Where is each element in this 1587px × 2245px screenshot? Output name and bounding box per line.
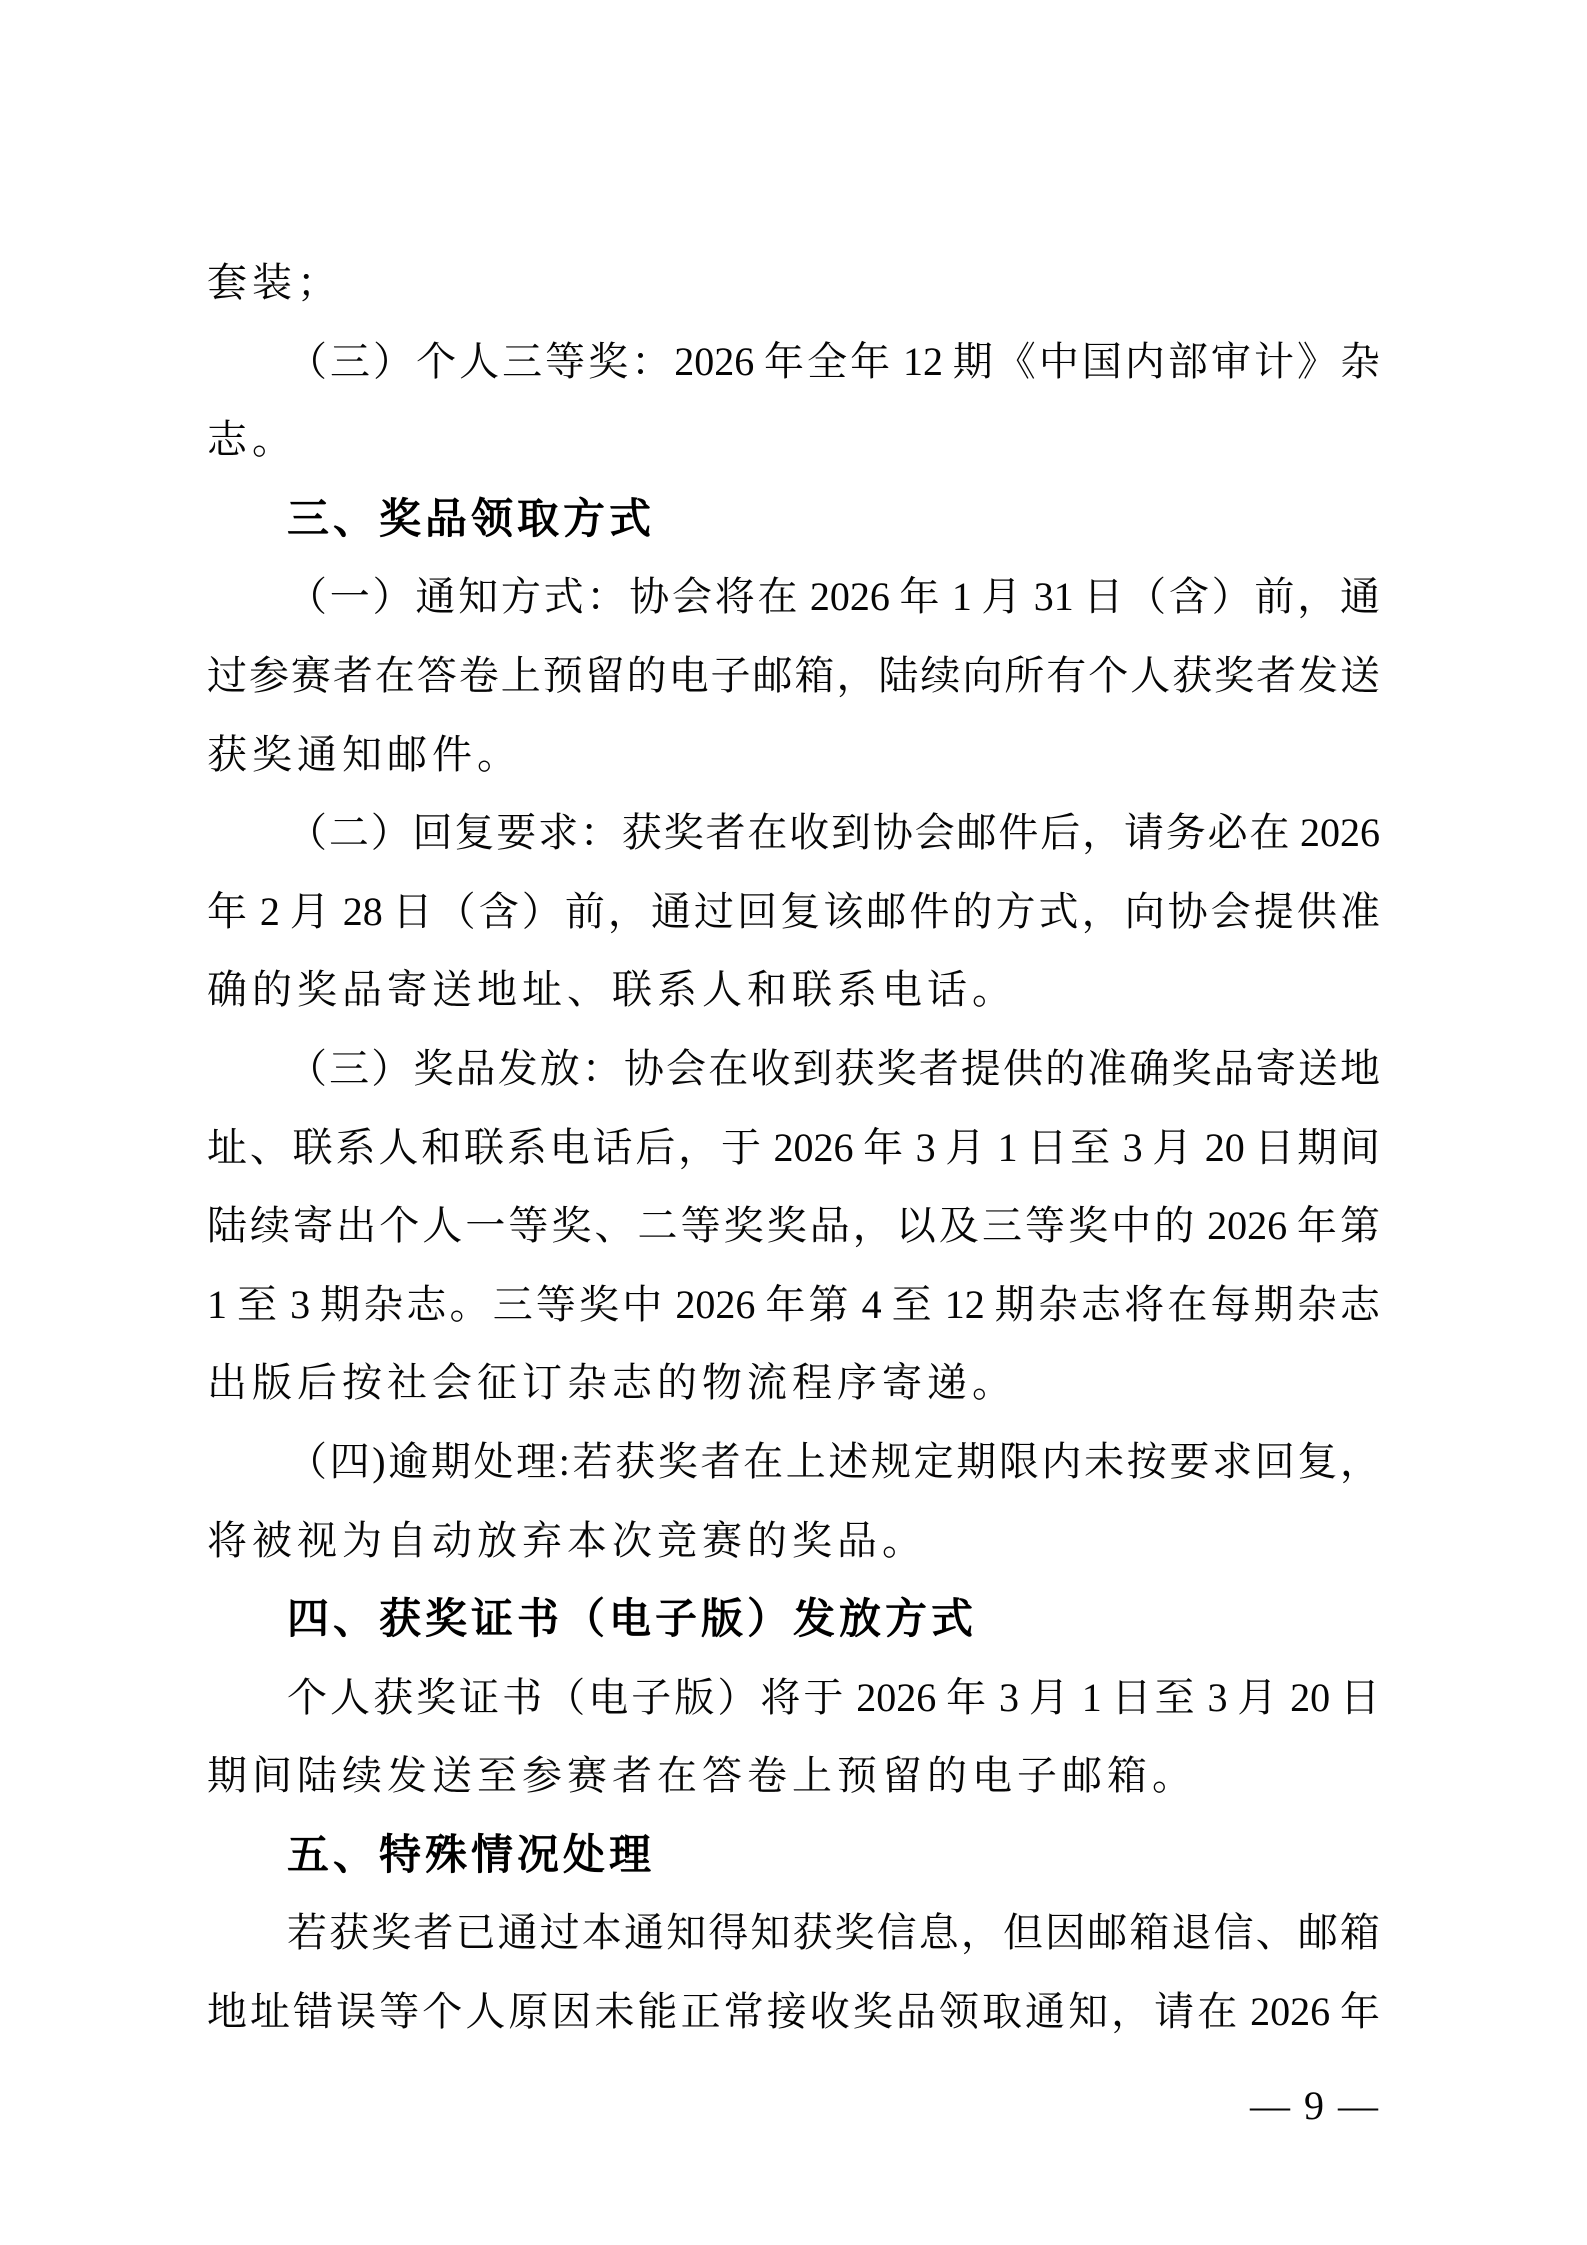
document-page: 套装；（三）个人三等奖：2026 年全年 12 期《中国内部审计》杂志。三、奖品…: [0, 0, 1587, 2245]
text-line: （三）个人三等奖：2026 年全年 12 期《中国内部审计》杂: [207, 323, 1380, 402]
section-heading: 三、奖品领取方式: [207, 480, 1380, 559]
text-line: 志。: [207, 401, 1380, 480]
text-line: 套装；: [207, 244, 1380, 323]
text-line: 期间陆续发送至参赛者在答卷上预留的电子邮箱。: [207, 1737, 1380, 1816]
text-line: 出版后按社会征订杂志的物流程序寄递。: [207, 1344, 1380, 1423]
text-line: 个人获奖证书（电子版）将于 2026 年 3 月 1 日至 3 月 20 日: [207, 1659, 1380, 1738]
text-line: （一）通知方式：协会将在 2026 年 1 月 31 日（含）前，通: [207, 558, 1380, 637]
text-line: 过参赛者在答卷上预留的电子邮箱，陆续向所有个人获奖者发送: [207, 637, 1380, 716]
text-line: 址、联系人和联系电话后，于 2026 年 3 月 1 日至 3 月 20 日期间: [207, 1109, 1380, 1188]
section-heading: 五、特殊情况处理: [207, 1816, 1380, 1895]
text-line: （三）奖品发放：协会在收到获奖者提供的准确奖品寄送地: [207, 1030, 1380, 1109]
text-line: 1 至 3 期杂志。三等奖中 2026 年第 4 至 12 期杂志将在每期杂志: [207, 1266, 1380, 1345]
text-line: （二）回复要求：获奖者在收到协会邮件后，请务必在 2026: [207, 794, 1380, 873]
page-number: — 9 —: [207, 2078, 1380, 2134]
text-line: 陆续寄出个人一等奖、二等奖奖品，以及三等奖中的 2026 年第: [207, 1187, 1380, 1266]
text-line: 获奖通知邮件。: [207, 716, 1380, 795]
text-line: 年 2 月 28 日（含）前，通过回复该邮件的方式，向协会提供准: [207, 873, 1380, 952]
text-line: 若获奖者已通过本通知得知获奖信息，但因邮箱退信、邮箱: [207, 1894, 1380, 1973]
document-lines: 套装；（三）个人三等奖：2026 年全年 12 期《中国内部审计》杂志。三、奖品…: [207, 244, 1380, 2052]
text-line: 确的奖品寄送地址、联系人和联系电话。: [207, 951, 1380, 1030]
text-line: 将被视为自动放弃本次竞赛的奖品。: [207, 1502, 1380, 1581]
text-line: 地址错误等个人原因未能正常接收奖品领取通知，请在 2026 年: [207, 1973, 1380, 2052]
section-heading: 四、获奖证书（电子版）发放方式: [207, 1580, 1380, 1659]
text-line: （四)逾期处理:若获奖者在上述规定期限内未按要求回复，: [207, 1423, 1380, 1502]
